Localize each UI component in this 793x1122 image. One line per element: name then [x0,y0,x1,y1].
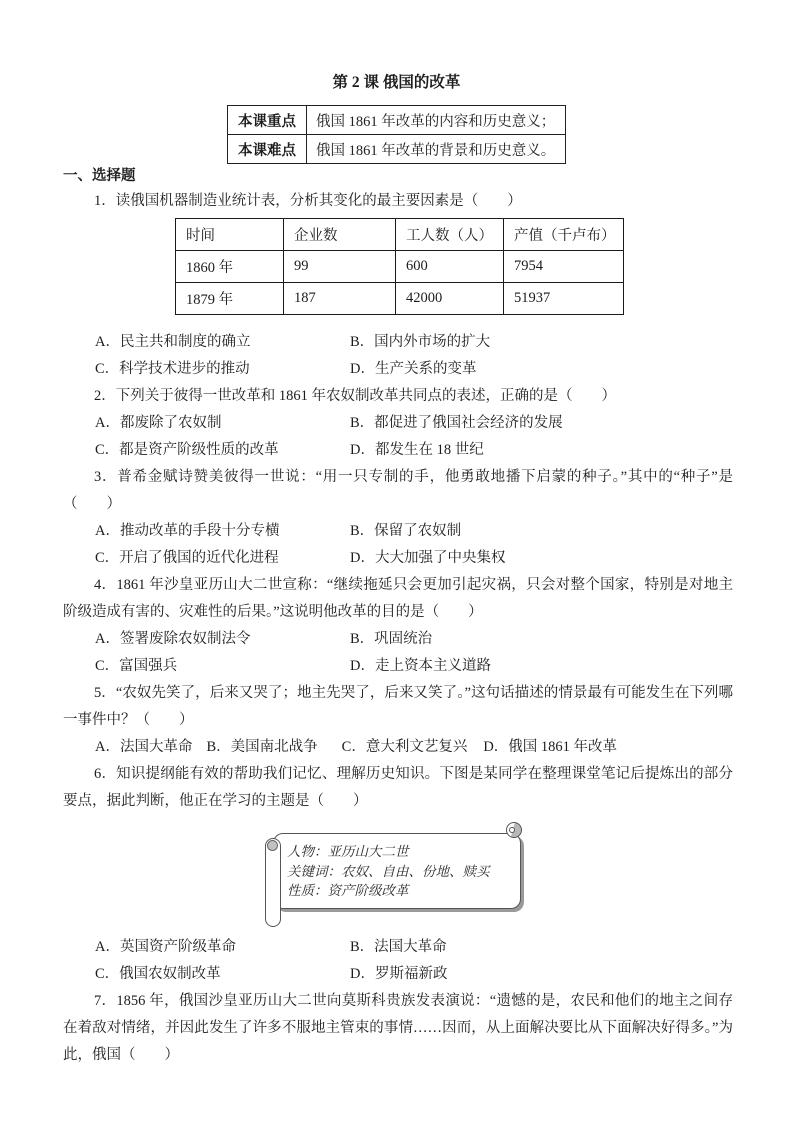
question-5-options: A．法国大革命 B．美国南北战争 C．意大利文艺复兴 D．俄国 1861 年改革 [95,734,793,761]
question-3-options: A．推动改革的手段十分专横 B．保留了农奴制 C．开启了俄国的近代化进程 D．大… [0,518,793,572]
option-b: B．保留了农奴制 [350,518,461,545]
options-row: A．推动改革的手段十分专横 B．保留了农奴制 [95,518,753,545]
question-1-stem: 1．读俄国机器制造业统计表，分析其变化的最主要因素是（ ） [63,188,733,215]
options-row: A．都废除了农奴制 B．都促进了俄国社会经济的发展 [95,410,753,437]
key-points-row-difficulty: 本课难点 俄国 1861 年改革的背景和历史意义。 [228,135,566,164]
option-a: A．民主共和制度的确立 [95,329,350,356]
option-b: B．巩固统治 [350,626,432,653]
scroll-note-text: 人物：亚历山大二世 关键词：农奴、自由、份地、赎买 性质：资产阶级改革 [287,842,490,901]
option-b: B．美国南北战争 [206,734,317,761]
options-row: C．都是资产阶级性质的改革 D．都发生在 18 世纪 [95,437,753,464]
section-heading-choice-questions: 一、选择题 [63,168,793,184]
stats-cell: 51937 [504,283,624,315]
question-2-stem: 2．下列关于彼得一世改革和 1861 年农奴制改革共同点的表述，正确的是（ ） [63,383,733,410]
stats-cell: 1860 年 [176,251,284,283]
stats-cell: 7954 [504,251,624,283]
option-c: C．意大利文艺复兴 [342,734,468,761]
option-d: D．走上资本主义道路 [350,653,491,680]
stats-header-cell: 企业数 [284,219,396,251]
stats-cell: 99 [284,251,396,283]
question-7-stem: 7．1856 年，俄国沙皇亚历山大二世向莫斯科贵族发表演说：“遗憾的是，农民和他… [63,988,733,1069]
question-6-stem: 6．知识提纲能有效的帮助我们记忆、理解历史知识。下图是某同学在整理课堂笔记后提炼… [63,761,733,815]
option-a: A．推动改革的手段十分专横 [95,518,350,545]
options-row: C．开启了俄国的近代化进程 D．大大加强了中央集权 [95,545,753,572]
option-a: A．法国大革命 [95,734,192,761]
options-row: A．民主共和制度的确立 B．国内外市场的扩大 [95,329,753,356]
question-4-options: A．签署废除农奴制法令 B．巩固统治 C．富国强兵 D．走上资本主义道路 [0,626,793,680]
key-point-label: 本课重点 [228,106,307,135]
scroll-top-right-curl [506,822,522,838]
stats-row-1860: 1860 年 99 600 7954 [176,251,624,283]
key-point-label: 本课难点 [228,135,307,164]
option-c: C．开启了俄国的近代化进程 [95,545,350,572]
scroll-line-keywords: 关键词：农奴、自由、份地、赎买 [287,862,490,882]
option-c: C．都是资产阶级性质的改革 [95,437,350,464]
stats-header-row: 时间 企业数 工人数（人） 产值（千卢布） [176,219,624,251]
key-point-content: 俄国 1861 年改革的背景和历史意义。 [307,135,566,164]
option-d: D．生产关系的变革 [350,356,476,383]
stats-cell: 187 [284,283,396,315]
question-2-options: A．都废除了农奴制 B．都促进了俄国社会经济的发展 C．都是资产阶级性质的改革 … [0,410,793,464]
option-d: D．罗斯福新政 [350,961,447,988]
scroll-left-roll [265,838,281,927]
stats-row-1879: 1879 年 187 42000 51937 [176,283,624,315]
option-a: A．签署废除农奴制法令 [95,626,350,653]
options-row: C．俄国农奴制改革 D．罗斯福新政 [95,961,753,988]
scroll-note-graphic: 人物：亚历山大二世 关键词：农奴、自由、份地、赎买 性质：资产阶级改革 [263,825,535,927]
option-d: D．都发生在 18 世纪 [350,437,484,464]
option-c: C．科学技术进步的推动 [95,356,350,383]
question-5-stem: 5．“农奴先笑了，后来又哭了；地主先哭了，后来又笑了。”这句话描述的情景最有可能… [63,680,733,734]
stats-header-cell: 工人数（人） [396,219,504,251]
key-point-content: 俄国 1861 年改革的内容和历史意义； [307,106,566,135]
stats-cell: 1879 年 [176,283,284,315]
option-a: A．都废除了农奴制 [95,410,350,437]
stats-header-cell: 时间 [176,219,284,251]
stats-cell: 600 [396,251,504,283]
option-c: C．富国强兵 [95,653,350,680]
question-4-stem: 4．1861 年沙皇亚历山大二世宣称：“继续拖延只会更加引起灾祸，只会对整个国家… [63,572,733,626]
scroll-line-nature: 性质：资产阶级改革 [287,881,490,901]
options-row: A．签署废除农奴制法令 B．巩固统治 [95,626,753,653]
question-6-options: A．英国资产阶级革命 B．法国大革命 C．俄国农奴制改革 D．罗斯福新政 [0,934,793,988]
scroll-line-person: 人物：亚历山大二世 [287,842,490,862]
statistics-table: 时间 企业数 工人数（人） 产值（千卢布） 1860 年 99 600 7954… [175,218,624,315]
question-1-options: A．民主共和制度的确立 B．国内外市场的扩大 C．科学技术进步的推动 D．生产关… [0,329,793,383]
option-b: B．法国大革命 [350,934,447,961]
option-d: D．俄国 1861 年改革 [483,734,617,761]
option-c: C．俄国农奴制改革 [95,961,350,988]
lesson-title: 第 2 课 俄国的改革 [0,0,793,96]
option-d: D．大大加强了中央集权 [350,545,505,572]
options-row: C．科学技术进步的推动 D．生产关系的变革 [95,356,753,383]
document-page: 第 2 课 俄国的改革 本课重点 俄国 1861 年改革的内容和历史意义； 本课… [0,0,793,1122]
option-b: B．国内外市场的扩大 [350,329,490,356]
option-b: B．都促进了俄国社会经济的发展 [350,410,563,437]
stats-cell: 42000 [396,283,504,315]
option-a: A．英国资产阶级革命 [95,934,350,961]
options-row: C．富国强兵 D．走上资本主义道路 [95,653,753,680]
key-points-table: 本课重点 俄国 1861 年改革的内容和历史意义； 本课难点 俄国 1861 年… [227,105,566,164]
stats-header-cell: 产值（千卢布） [504,219,624,251]
options-row: A．英国资产阶级革命 B．法国大革命 [95,934,753,961]
key-points-row-focus: 本课重点 俄国 1861 年改革的内容和历史意义； [228,106,566,135]
question-3-stem: 3．普希金赋诗赞美彼得一世说：“用一只专制的手，他勇敢地播下启蒙的种子。”其中的… [63,464,733,518]
